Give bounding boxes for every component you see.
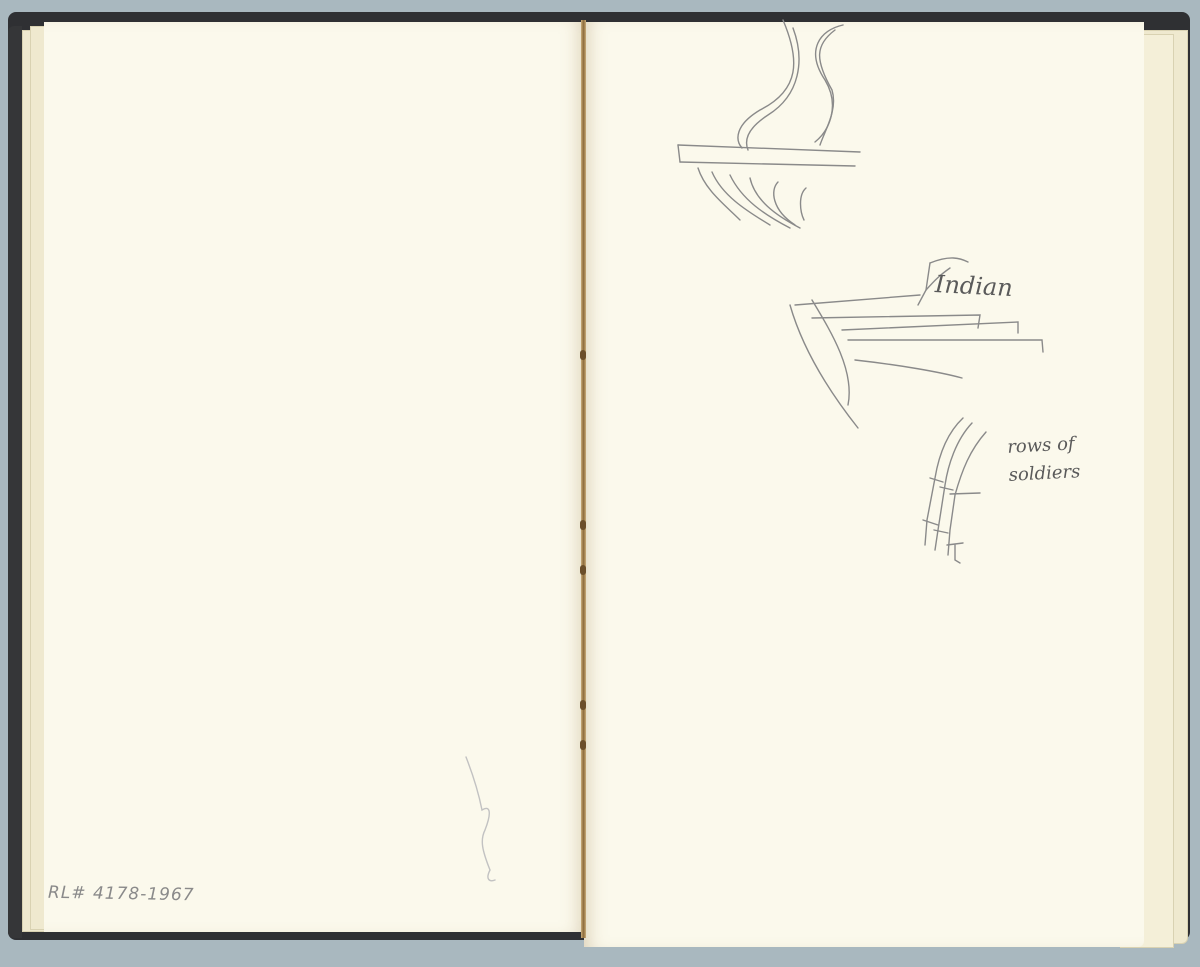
binding-stitch	[580, 565, 586, 575]
binding-stitch	[580, 700, 586, 710]
catalog-number: RL# 4178-1967	[48, 883, 195, 906]
cover-spine-edge	[8, 26, 22, 938]
binding-stitch	[580, 350, 586, 360]
left-page	[44, 22, 584, 932]
label-indian: Indian	[934, 270, 1013, 302]
label-rows-line1: rows of	[1007, 430, 1080, 462]
binding-stitch	[580, 520, 586, 530]
book-gutter	[581, 20, 586, 938]
binding-stitch	[580, 740, 586, 750]
label-rows-of-soldiers: rows of soldiers	[1007, 430, 1081, 490]
label-rows-line2: soldiers	[1008, 458, 1081, 490]
